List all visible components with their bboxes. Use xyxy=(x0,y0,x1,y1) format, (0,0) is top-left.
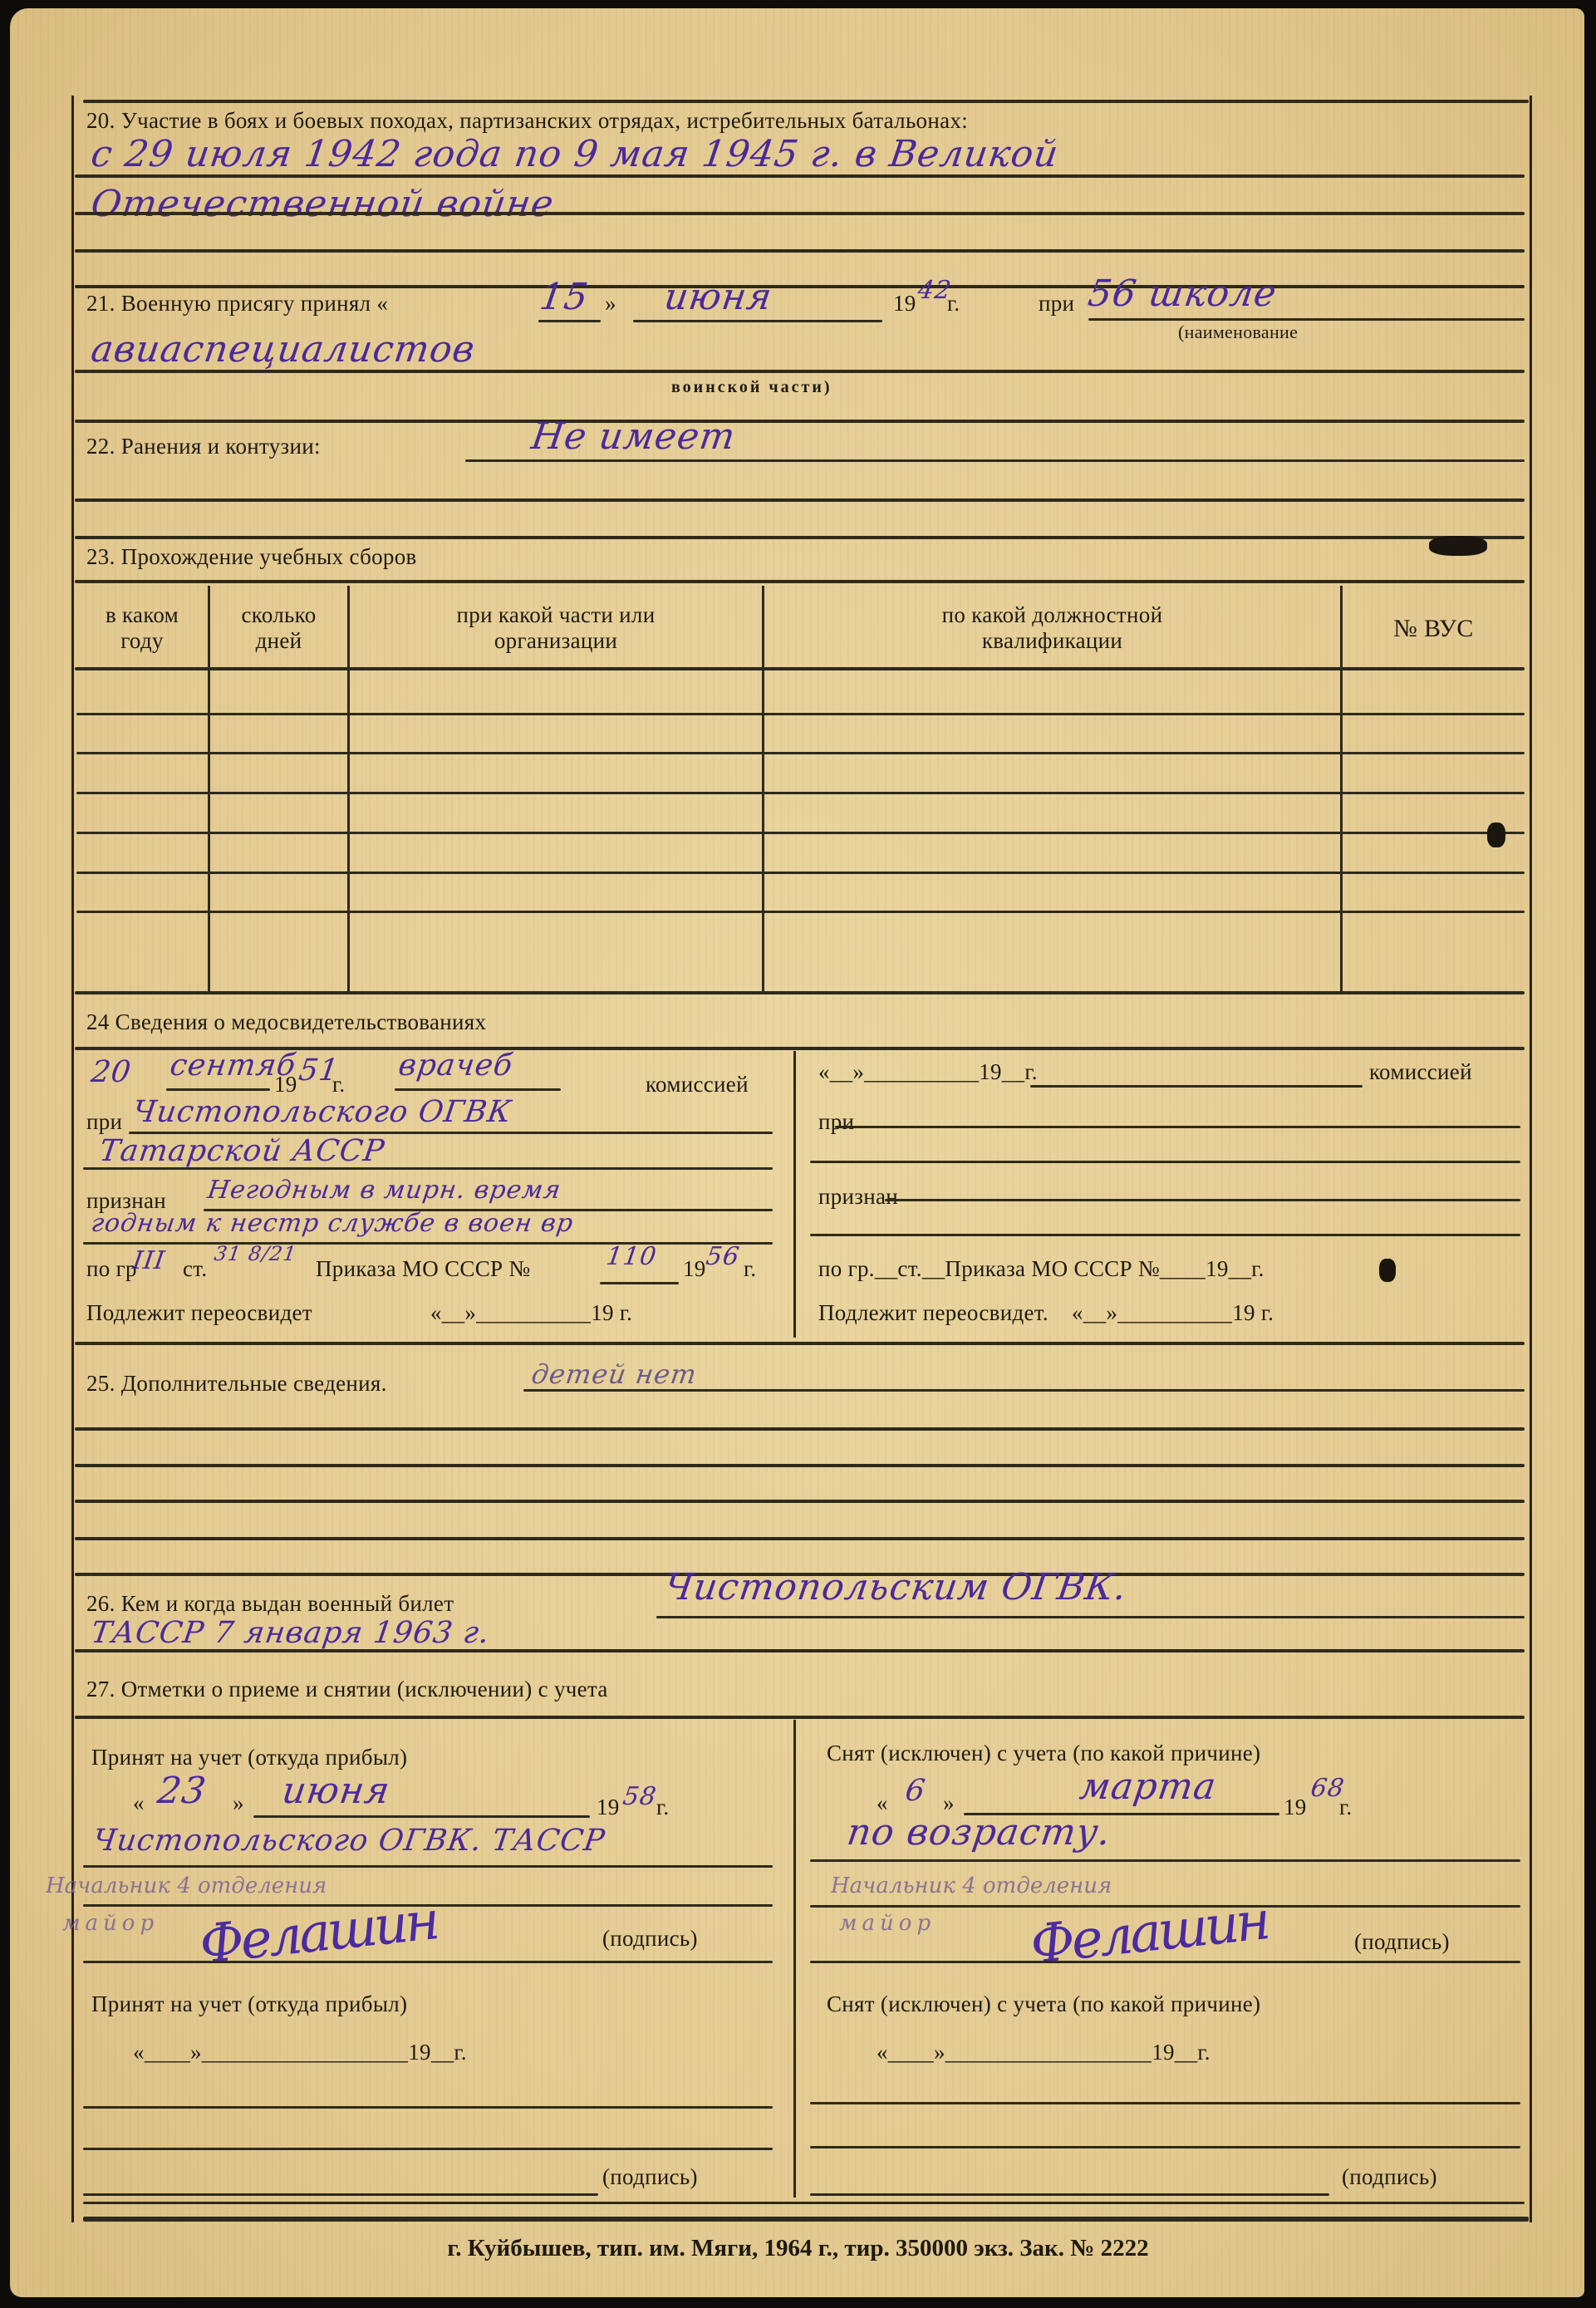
med2-found-label: признан xyxy=(818,1184,898,1210)
removed2-label: Снят (исключен) с учета (по какой причин… xyxy=(827,1991,1260,2017)
med-order-label: Приказа МО СССР № xyxy=(316,1256,530,1282)
table-header-border xyxy=(75,667,1525,670)
table-row[interactable] xyxy=(76,872,1525,874)
med-date-day[interactable]: 20 xyxy=(89,1055,134,1089)
wounds-value[interactable]: Не имеет xyxy=(528,415,738,458)
section22-label: 22. Ранения и контузии: xyxy=(86,434,321,459)
col-header-line: № ВУС xyxy=(1343,615,1525,643)
accepted1-month[interactable]: июня xyxy=(279,1770,392,1812)
removed1-year-suffix: г. xyxy=(1339,1795,1352,1820)
oath-at-label: при xyxy=(1039,291,1074,317)
bottom-border xyxy=(83,2217,1529,2222)
removed2-date-line[interactable]: «____»__________________19__г. xyxy=(877,2040,1211,2065)
field-line[interactable] xyxy=(75,1537,1525,1540)
field-line[interactable] xyxy=(810,2146,1520,2148)
field-line[interactable] xyxy=(810,2102,1520,2104)
accepted2-signature-label: (подпись) xyxy=(602,2164,698,2190)
section27-label: 27. Отметки о приеме и снятии (исключени… xyxy=(86,1677,608,1702)
col-header-line: квалификации xyxy=(764,628,1340,654)
table-row[interactable] xyxy=(76,911,1525,913)
med2-at-label: при xyxy=(818,1109,854,1135)
med-article-label: ст. xyxy=(183,1256,207,1282)
divider xyxy=(83,2202,1525,2204)
med-order-value[interactable]: 110 xyxy=(605,1242,659,1271)
divider xyxy=(75,536,1525,539)
med-recheck-date[interactable]: «__»__________19 г. xyxy=(430,1300,632,1326)
oath-hint2: воинской части) xyxy=(671,378,832,397)
section20-value-line2[interactable]: Отечественной войне xyxy=(88,183,557,225)
col-header-unit: при какой части или организации xyxy=(350,602,762,654)
col-header-line: по какой должностной xyxy=(764,602,1340,628)
column-divider xyxy=(793,1051,796,1338)
col-header-qualification: по какой должностной квалификации xyxy=(764,602,1340,654)
field-line[interactable] xyxy=(75,1500,1525,1503)
paper-damage xyxy=(1379,1259,1396,1282)
med-article-value[interactable]: 31 8/21 xyxy=(213,1242,298,1265)
med-group-label: по гр xyxy=(86,1256,137,1282)
field-line xyxy=(75,174,1525,178)
med2-recheck-date[interactable]: «__»__________19 г. xyxy=(1072,1300,1274,1326)
removed1-year-prefix: 19 xyxy=(1284,1795,1307,1820)
med-year-suffix: г. xyxy=(332,1072,345,1098)
oath-hint1: (наименование xyxy=(1178,322,1298,343)
section23-label: 23. Прохождение учебных сборов xyxy=(86,544,417,570)
section24-label: 24 Сведения о медосвидетельствованиях xyxy=(86,1009,486,1035)
accepted1-quote: « xyxy=(133,1790,145,1816)
field-line xyxy=(83,1961,773,1963)
section20-label: 20. Участие в боях и боевых походах, пар… xyxy=(86,108,968,134)
table-row[interactable] xyxy=(76,832,1525,834)
med-at-value-line1[interactable]: Чистопольского ОГВК xyxy=(130,1095,513,1129)
field-line xyxy=(1088,318,1525,321)
col-header-line: дней xyxy=(210,628,347,654)
field-line xyxy=(656,1616,1525,1618)
accepted1-year[interactable]: 58 xyxy=(621,1782,659,1811)
table-bottom-border xyxy=(75,991,1525,994)
accepted1-label: Принят на учет (откуда прибыл) xyxy=(91,1745,407,1770)
field-line xyxy=(538,320,601,322)
field-line xyxy=(75,370,1525,373)
field-line xyxy=(465,459,1525,462)
column-divider xyxy=(793,1720,796,2198)
col-header-days: сколько дней xyxy=(210,602,347,654)
accepted1-year-suffix: г. xyxy=(656,1795,669,1820)
oath-day[interactable]: 15 xyxy=(537,276,591,318)
oath-quote: » xyxy=(605,291,616,317)
removed1-reason[interactable]: по возрасту. xyxy=(844,1811,1113,1854)
field-line[interactable] xyxy=(83,2148,773,2150)
field-line[interactable] xyxy=(810,2193,1329,2196)
field-line xyxy=(810,1859,1520,1862)
field-line xyxy=(600,1282,679,1284)
removed1-signature-label: (подпись) xyxy=(1354,1929,1450,1955)
accepted1-day[interactable]: 23 xyxy=(155,1770,209,1812)
paper-damage xyxy=(1429,536,1487,556)
section25-label: 25. Дополнительные сведения. xyxy=(86,1371,387,1397)
med-recheck-label: Подлежит переосвидет xyxy=(86,1300,312,1326)
accepted2-label: Принят на учет (откуда прибыл) xyxy=(91,1991,407,2017)
table-top-border xyxy=(75,580,1525,583)
divider xyxy=(75,420,1525,423)
removed1-label: Снят (исключен) с учета (по какой причин… xyxy=(827,1741,1260,1766)
field-line[interactable] xyxy=(810,1161,1520,1163)
field-line xyxy=(75,1649,1525,1652)
removed1-stamp-rank: майор xyxy=(839,1911,936,1936)
med-commission-type[interactable]: врачеб xyxy=(396,1048,515,1083)
oath-month[interactable]: июня xyxy=(661,276,774,318)
med-order-year[interactable]: 56 xyxy=(705,1242,742,1271)
table-col-divider xyxy=(1340,586,1343,993)
removed2-signature-label: (подпись) xyxy=(1342,2164,1437,2190)
accepted1-stamp-title: Начальник 4 отделения xyxy=(46,1873,327,1898)
col-header-line: сколько xyxy=(210,602,347,628)
med-order-year-suffix: г. xyxy=(744,1256,756,1282)
field-line xyxy=(83,1242,773,1245)
field-line xyxy=(1030,1085,1363,1088)
col-header-vus: № ВУС xyxy=(1343,615,1525,643)
table-row[interactable] xyxy=(76,792,1525,794)
divider xyxy=(75,1716,1525,1719)
divider xyxy=(83,100,1529,103)
field-line[interactable] xyxy=(75,1427,1525,1431)
col-header-year: в каком году xyxy=(76,602,208,654)
med2-recheck-label: Подлежит переосвидет. xyxy=(818,1300,1048,1326)
table-row[interactable] xyxy=(76,752,1525,754)
med2-group-line[interactable]: по гр.__ст.__Приказа МО СССР №____19__г. xyxy=(818,1256,1265,1282)
med2-date-line[interactable]: «__»__________19__г. xyxy=(818,1059,1038,1085)
removed1-stamp-title: Начальник 4 отделения xyxy=(831,1873,1112,1898)
med-at-label: при xyxy=(86,1109,122,1135)
ticket-issued-by[interactable]: Чистопольским ОГВК. xyxy=(661,1566,1129,1608)
field-line xyxy=(75,249,1525,253)
field-line[interactable] xyxy=(83,2193,598,2196)
section20-value-line1[interactable]: с 29 июля 1942 года по 9 мая 1945 г. в В… xyxy=(88,133,1061,175)
field-line xyxy=(395,1088,561,1091)
med-year-prefix: 19 xyxy=(274,1072,297,1098)
field-line xyxy=(166,1088,270,1091)
oath-unit-line2[interactable]: авиаспециалистов xyxy=(88,328,478,371)
med-commission-label: комиссией xyxy=(646,1072,749,1098)
med-order-year-prefix: 19 xyxy=(683,1256,706,1282)
col-header-line: в каком xyxy=(76,602,208,628)
field-line[interactable] xyxy=(835,1126,1520,1128)
field-line xyxy=(83,1167,773,1170)
divider xyxy=(75,285,1525,288)
col-header-line: при какой части или xyxy=(350,602,762,628)
field-line[interactable] xyxy=(75,1464,1525,1467)
oath-year-prefix: 19 xyxy=(893,291,916,317)
med-at-value-line2[interactable]: Татарской АССР xyxy=(97,1134,386,1168)
med-found-value-line1[interactable]: Негодным в мирн. время xyxy=(206,1176,563,1205)
divider xyxy=(75,1342,1525,1345)
field-line xyxy=(633,320,882,322)
section21-label: 21. Военную присягу принял « xyxy=(86,291,388,317)
accepted1-year-prefix: 19 xyxy=(597,1795,620,1820)
accepted1-signature-label: (подпись) xyxy=(602,1926,698,1952)
med-found-value-line2[interactable]: годным к нестр службе в воен вр xyxy=(90,1209,576,1238)
field-line[interactable] xyxy=(83,2106,773,2109)
med-group-value[interactable]: III xyxy=(131,1246,167,1275)
field-line xyxy=(253,1815,590,1818)
med2-commission-label: комиссией xyxy=(1369,1059,1472,1085)
accepted1-from[interactable]: Чистопольского ОГВК. ТАССР xyxy=(91,1824,607,1858)
printer-imprint: г. Куйбышев, тип. им. Мяги, 1964 г., тир… xyxy=(0,2235,1596,2262)
removed1-month[interactable]: марта xyxy=(1077,1765,1219,1808)
oath-unit-line1[interactable]: 56 школе xyxy=(1085,273,1279,315)
field-line xyxy=(523,1389,1525,1392)
ticket-issued-date[interactable]: ТАССР 7 января 1963 г. xyxy=(89,1616,492,1650)
col-header-line: организации xyxy=(350,628,762,654)
field-line[interactable] xyxy=(810,1234,1520,1236)
accepted2-date-line[interactable]: «____»__________________19__г. xyxy=(133,2040,467,2065)
field-line xyxy=(810,1961,1520,1963)
col-header-line: году xyxy=(76,628,208,654)
additional-info-value[interactable]: детей нет xyxy=(529,1358,699,1390)
field-line xyxy=(75,212,1525,215)
accepted1-stamp-rank: майор xyxy=(62,1911,159,1936)
oath-year-suffix: г. xyxy=(947,291,960,317)
field-line xyxy=(83,1865,773,1868)
section26-label: 26. Кем и когда выдан военный билет xyxy=(86,1591,454,1617)
accepted1-quote-close: » xyxy=(233,1790,244,1816)
field-line xyxy=(75,498,1525,502)
paper-damage xyxy=(1487,823,1505,847)
field-line[interactable] xyxy=(885,1199,1520,1201)
table-row[interactable] xyxy=(76,713,1525,715)
